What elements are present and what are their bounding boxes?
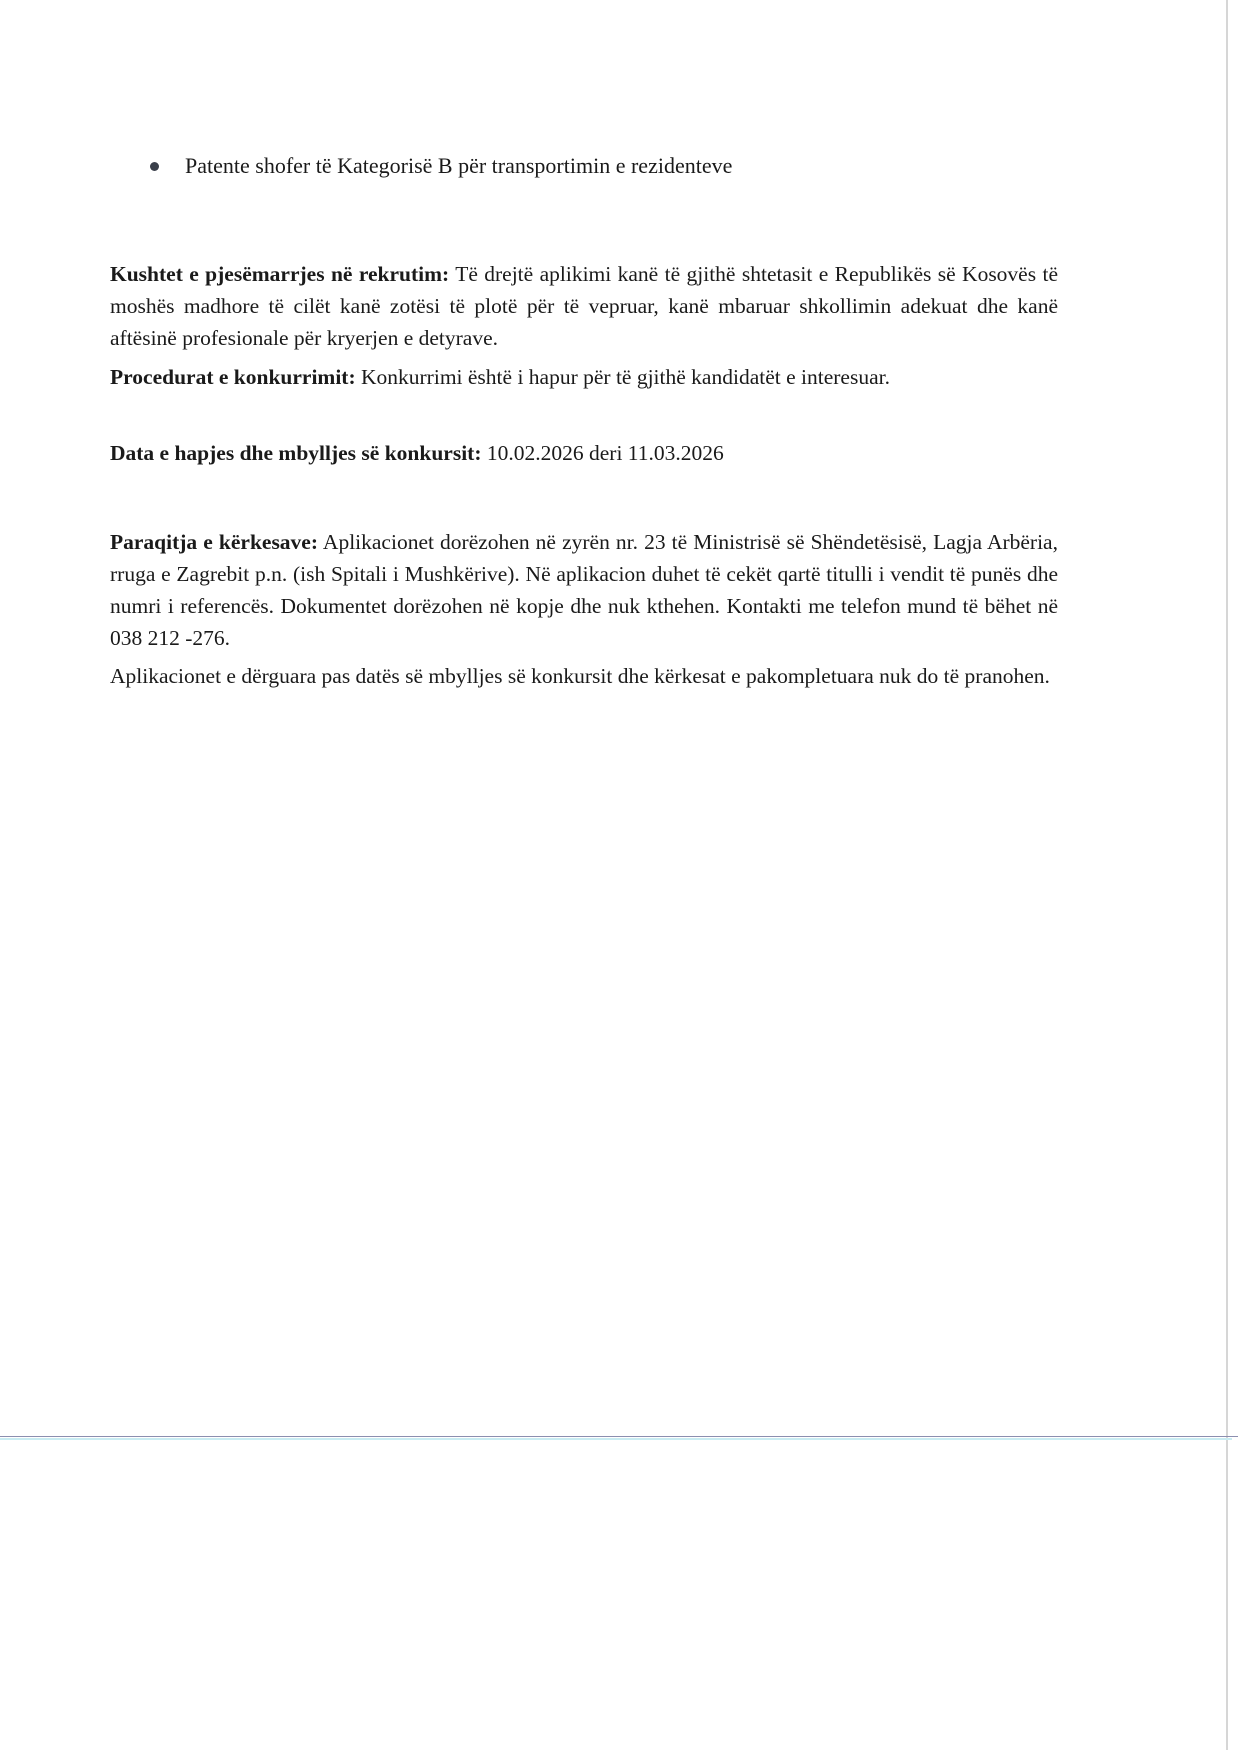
paragraph-late-applications: Aplikacionet e dërguara pas datës së mby… bbox=[110, 660, 1058, 692]
scan-edge-vertical-line bbox=[1226, 0, 1228, 1750]
scan-horizontal-line bbox=[0, 1436, 1238, 1437]
paragraph-participation-conditions: Kushtet e pjesëmarrjes në rekrutim: Të d… bbox=[110, 258, 1058, 354]
paragraph-label: Data e hapjes dhe mbylljes së konkursit: bbox=[110, 441, 482, 465]
paragraph-application-submission: Paraqitja e kërkesave: Aplikacionet dorë… bbox=[110, 526, 1058, 654]
paragraph-text: 10.02.2026 deri 11.03.2026 bbox=[482, 441, 724, 465]
paragraph-text: Konkurrimi është i hapur për të gjithë k… bbox=[356, 365, 890, 389]
scan-horizontal-line-shadow bbox=[0, 1438, 1232, 1440]
bullet-icon bbox=[150, 162, 159, 171]
paragraph-competition-dates: Data e hapjes dhe mbylljes së konkursit:… bbox=[110, 437, 1058, 469]
paragraph-label: Paraqitja e kërkesave: bbox=[110, 530, 318, 554]
paragraph-competition-procedures: Procedurat e konkurrimit: Konkurrimi ësh… bbox=[110, 361, 1058, 393]
bullet-item-text: Patente shofer të Kategorisë B për trans… bbox=[185, 150, 732, 182]
document-page: Patente shofer të Kategorisë B për trans… bbox=[0, 0, 1241, 1755]
bullet-list-item: Patente shofer të Kategorisë B për trans… bbox=[148, 150, 732, 182]
paragraph-label: Procedurat e konkurrimit: bbox=[110, 365, 356, 389]
paragraph-label: Kushtet e pjesëmarrjes në rekrutim: bbox=[110, 262, 449, 286]
paragraph-text: Aplikacionet e dërguara pas datës së mby… bbox=[110, 664, 1050, 688]
